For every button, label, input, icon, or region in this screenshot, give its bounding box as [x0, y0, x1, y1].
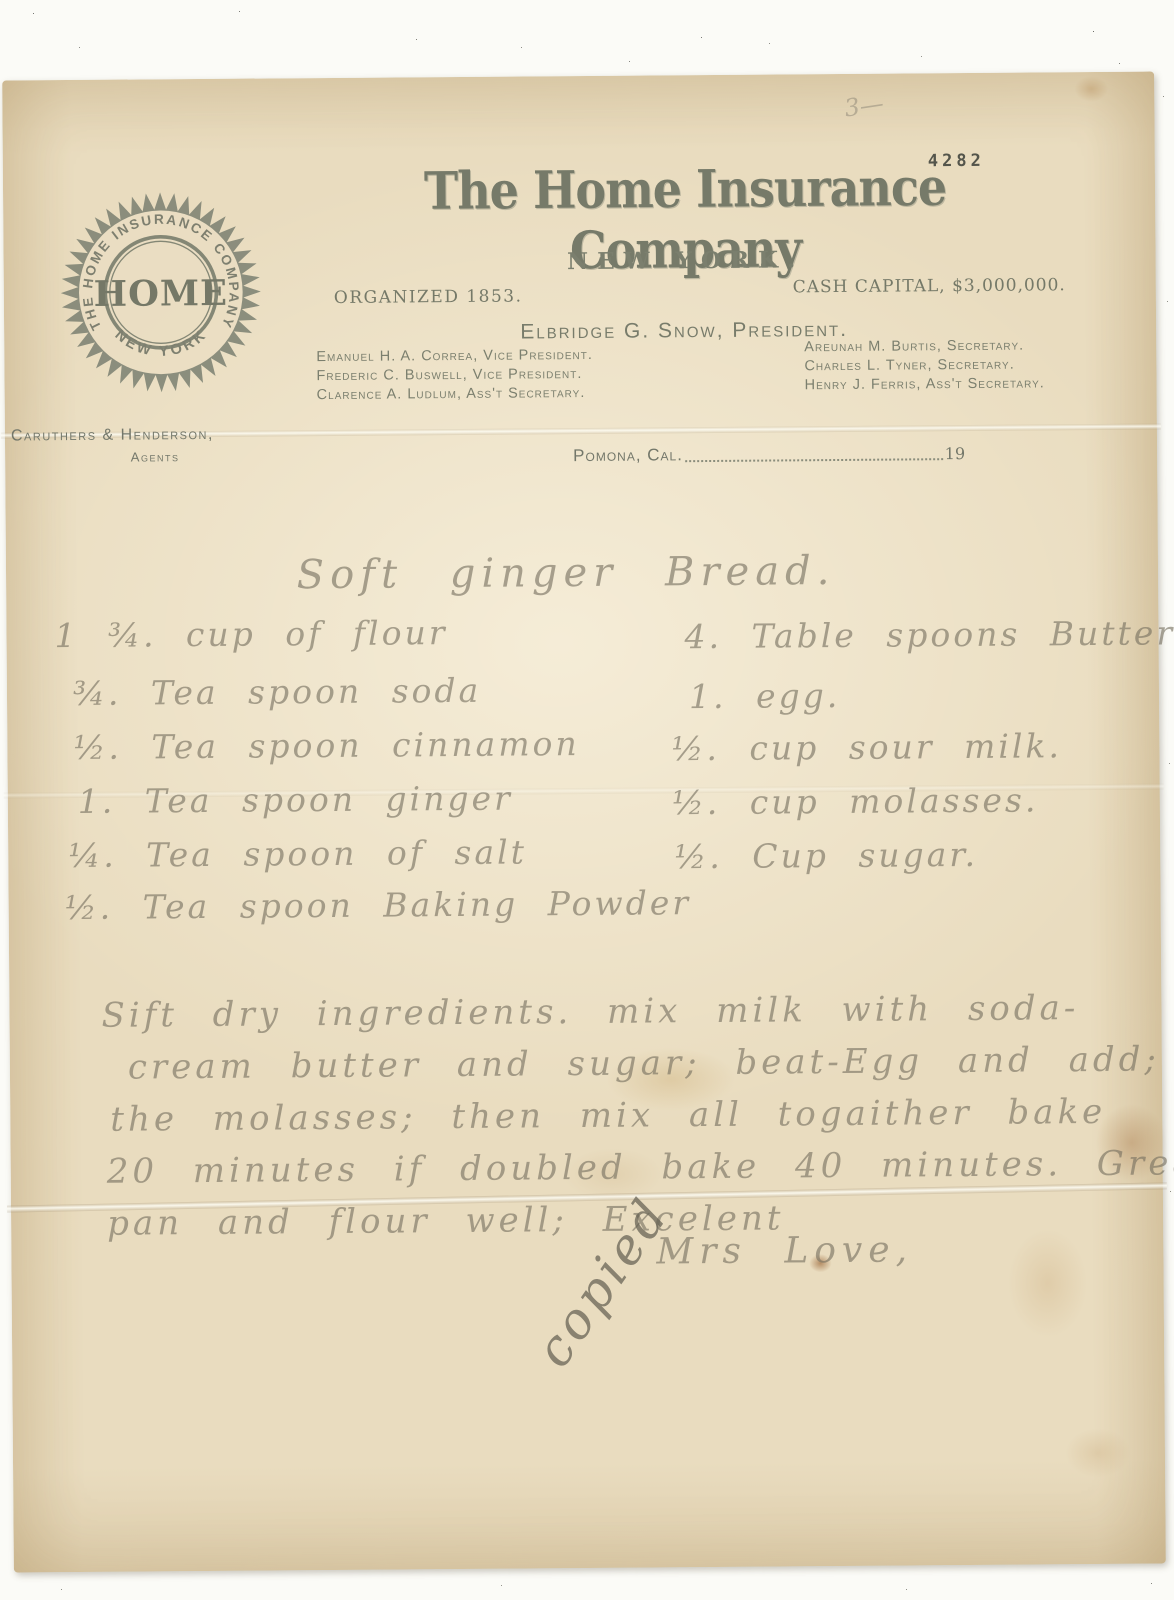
- dateline: Pomona, Cal. 19: [573, 443, 965, 466]
- ingredient-line: ½. cup sour milk.: [671, 726, 1062, 768]
- ingredient-line: ½. Tea spoon Baking Powder: [65, 883, 692, 927]
- instruction-line: cream butter and sugar; beat-Egg and add…: [128, 1038, 1174, 1087]
- ingredient-line: 1 ¾. cup of flour: [54, 613, 447, 655]
- agents-firm: Caruthers & Henderson,: [11, 426, 214, 446]
- company-city: NEW YORK.: [355, 245, 1015, 277]
- recipe-title: Soft ginger Bread.: [296, 548, 836, 598]
- stain-bottom-right: [1065, 1428, 1131, 1479]
- officer-line: Clarence A. Ludlum, Ass't Secretary.: [317, 384, 594, 405]
- dateline-year: 19: [945, 444, 966, 463]
- signature: Mrs Love,: [656, 1229, 913, 1272]
- ingredient-line: 1. egg.: [689, 676, 841, 716]
- officer-line: Charles L. Tyner, Secretary.: [804, 355, 1044, 376]
- officer-line: Areunah M. Burtis, Secretary.: [804, 336, 1044, 357]
- organized-line: ORGANIZED 1853.: [334, 286, 523, 307]
- stain-top-right: [1074, 76, 1108, 102]
- officer-line: Emanuel H. A. Correa, Vice President.: [316, 346, 593, 367]
- ingredient-line: ¼. Tea spoon of salt: [68, 832, 527, 875]
- agents-label: Agents: [65, 449, 245, 465]
- ingredient-line: ½. cup molasses.: [672, 780, 1039, 822]
- ingredient-line: ½. Cup sugar.: [674, 835, 978, 876]
- company-seal-icon: THE HOME INSURANCE COMPANY NEW YORK HOME: [59, 191, 263, 395]
- officers-left-block: Emanuel H. A. Correa, Vice President. Fr…: [316, 346, 593, 405]
- instruction-line: Sift dry ingredients. mix milk with soda…: [101, 988, 1079, 1036]
- cash-capital-line: CASH CAPITAL, $3,000,000.: [746, 275, 1066, 298]
- dateline-dotted-rule: [685, 458, 943, 462]
- stain-lower-right: [1007, 1228, 1088, 1339]
- ingredient-line: 1. Tea spoon ginger: [78, 779, 513, 821]
- instruction-line: 20 minutes if doubled bake 40 minutes. G…: [107, 1143, 1174, 1192]
- dateline-city: Pomona, Cal.: [573, 445, 683, 466]
- ingredient-line: ¾. Tea spoon soda: [73, 671, 482, 713]
- ingredient-line: 4. Table spoons Butter.: [684, 613, 1174, 656]
- letter-paper: 4282 3— The Home Insurance Company NEW Y…: [2, 71, 1166, 1572]
- scanner-dust: [0, 0, 3, 3]
- pencil-mark: 3—: [843, 89, 886, 122]
- officers-right-block: Areunah M. Burtis, Secretary. Charles L.…: [804, 336, 1045, 395]
- seal-center-text: HOME: [94, 273, 229, 315]
- officer-line: Frederic C. Buswell, Vice President.: [316, 365, 593, 386]
- ingredient-line: ½. Tea spoon cinnamon: [73, 724, 580, 767]
- officer-line: Henry J. Ferris, Ass't Secretary.: [805, 374, 1045, 395]
- instruction-line: the molasses; then mix all togaither bak…: [110, 1092, 1106, 1140]
- scanner-background: 4282 3— The Home Insurance Company NEW Y…: [0, 0, 1174, 1600]
